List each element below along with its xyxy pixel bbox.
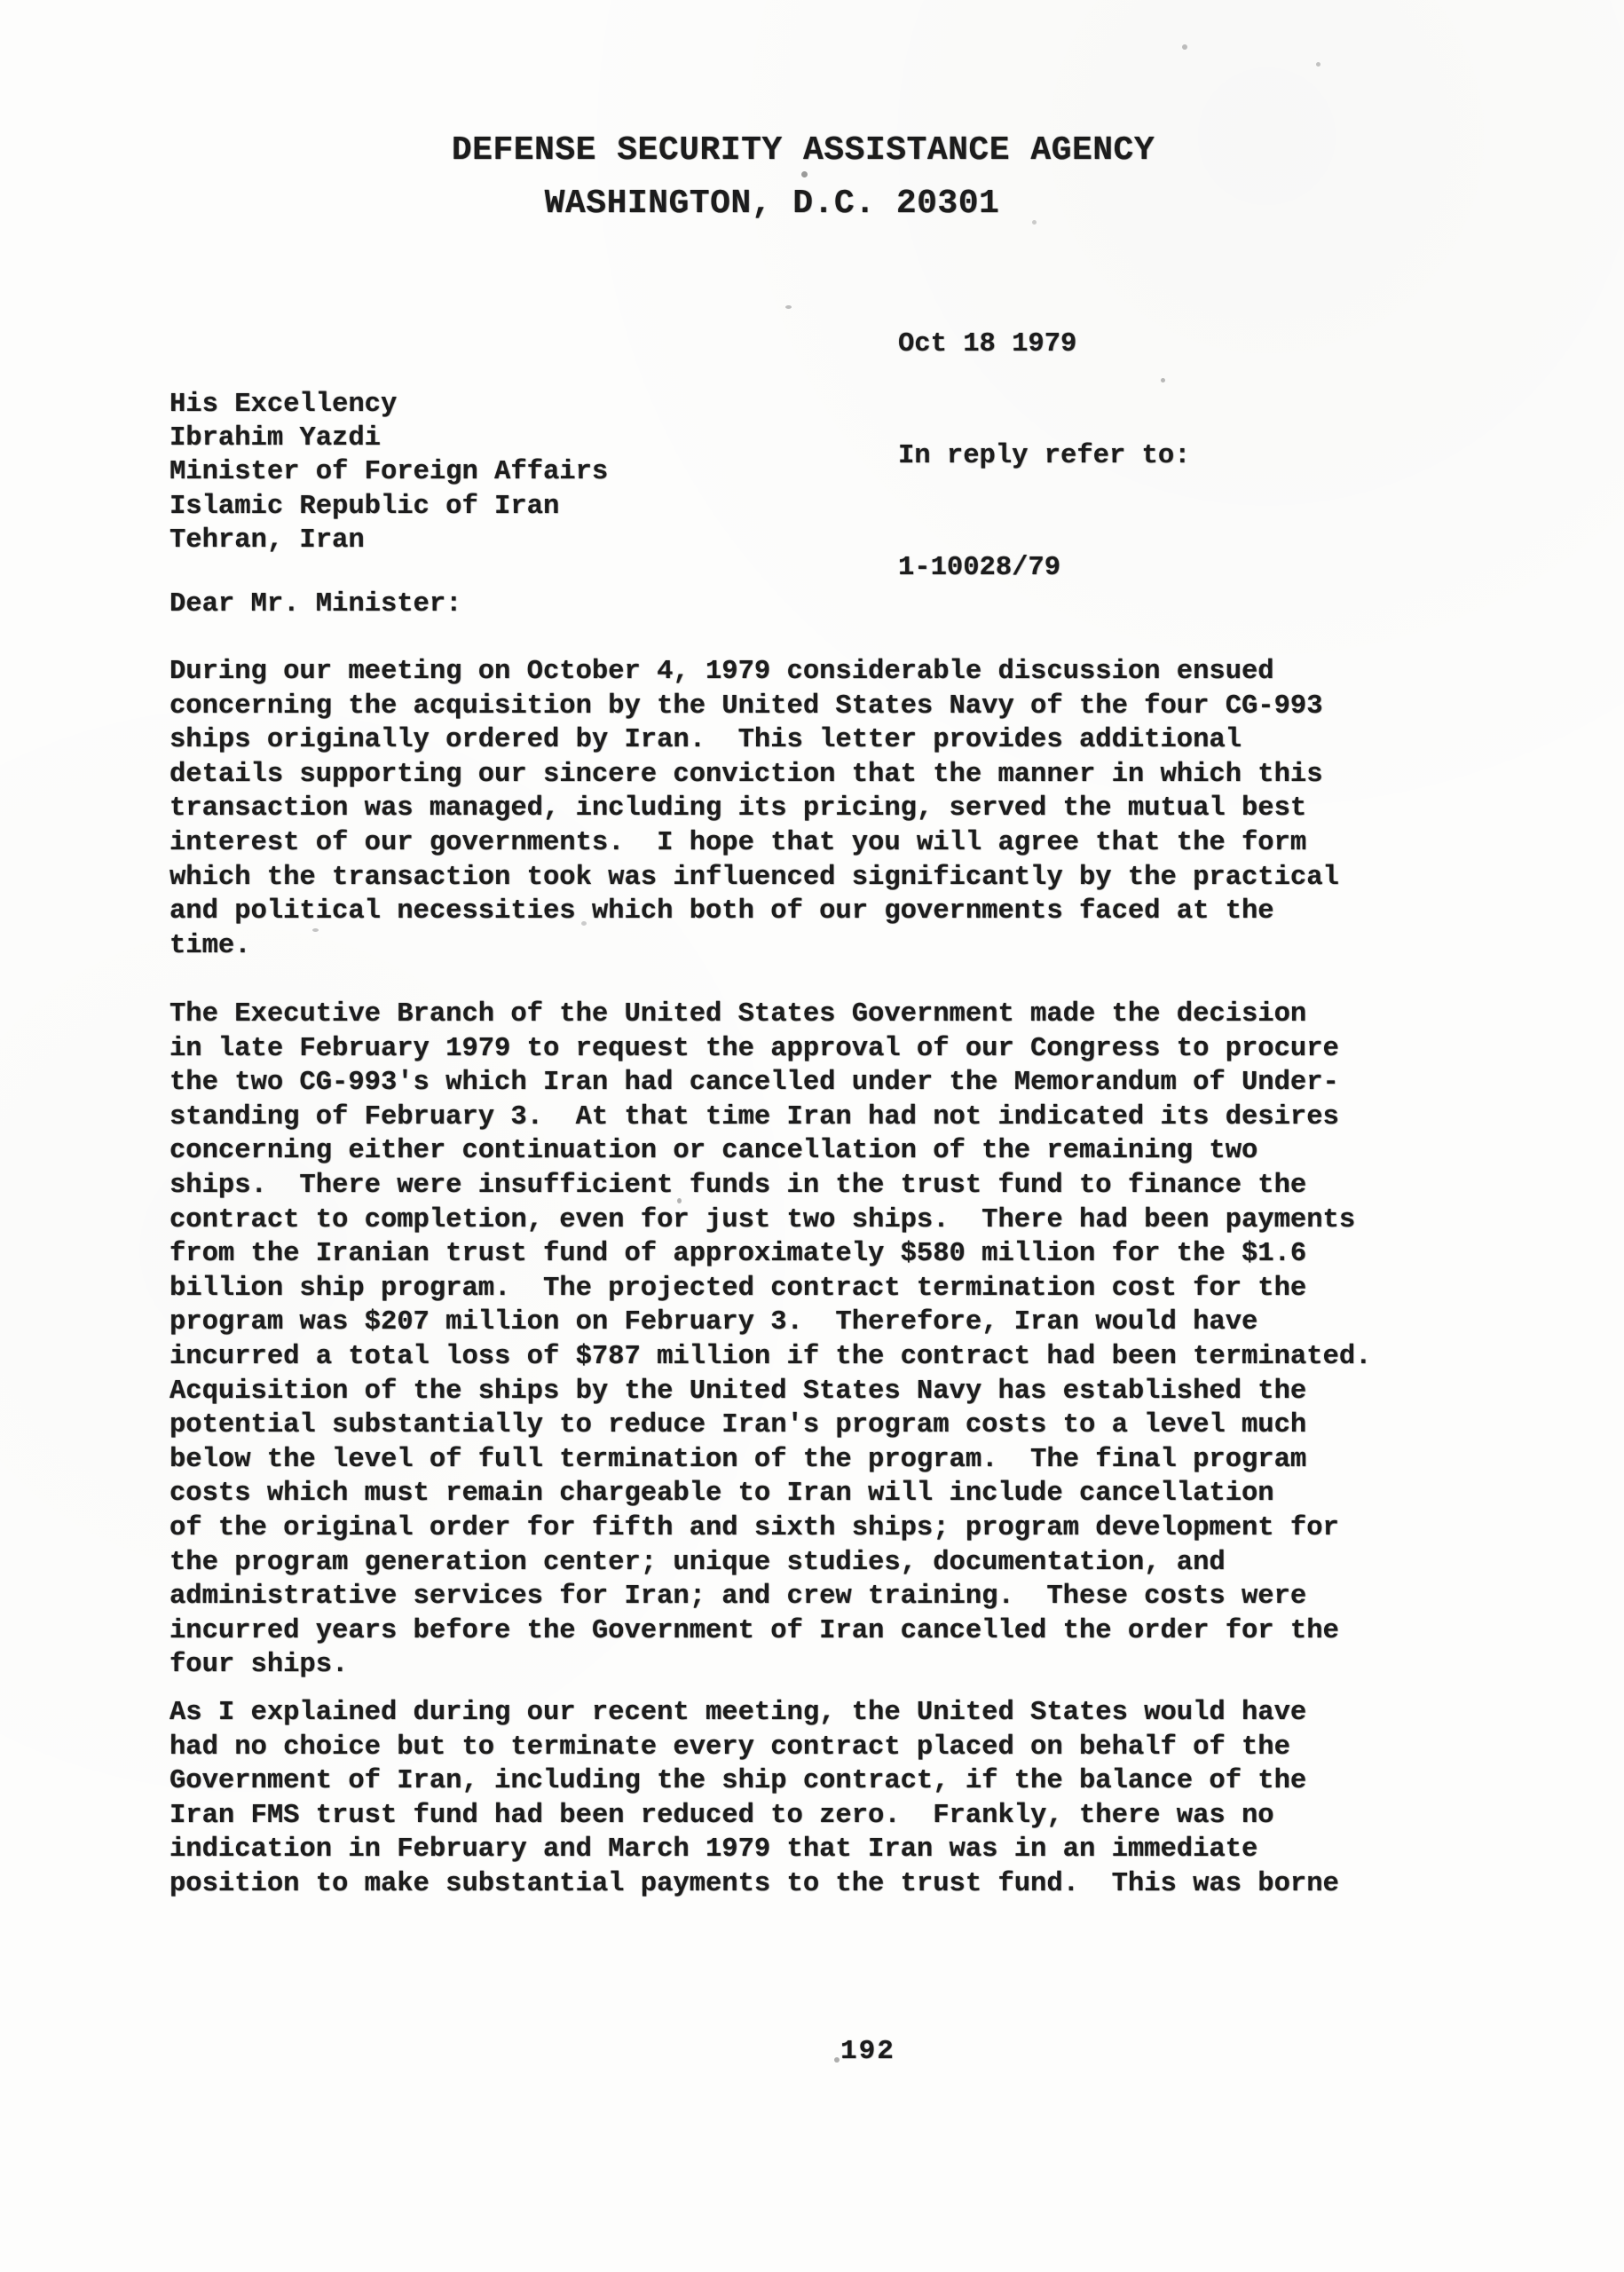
scan-speck <box>581 921 587 926</box>
page-number: 192 <box>840 2036 895 2067</box>
letter-date: Oct 18 1979 <box>898 326 1190 363</box>
scan-speck <box>1182 44 1187 50</box>
scan-speck <box>1032 220 1037 225</box>
scan-speck <box>677 1198 682 1203</box>
letterhead-agency: DEFENSE SECURITY ASSISTANCE AGENCY <box>0 131 1615 170</box>
scan-speck <box>785 305 792 309</box>
salutation: Dear Mr. Minister: <box>169 589 461 619</box>
letter-page: DEFENSE SECURITY ASSISTANCE AGENCY WASHI… <box>0 0 1624 2272</box>
scan-speck <box>834 2057 840 2063</box>
reply-refer-number: 1-10028/79 <box>898 549 1190 587</box>
scan-speck <box>1316 62 1320 67</box>
reply-refer-label: In reply refer to: <box>898 438 1190 475</box>
body-paragraph-2: The Executive Branch of the United State… <box>169 998 1371 1683</box>
reference-block: Oct 18 1979 In reply refer to: 1-10028/7… <box>898 251 1190 661</box>
scan-speck <box>801 171 808 177</box>
scan-speck <box>1161 378 1165 383</box>
scan-speck <box>312 928 319 932</box>
body-paragraph-3: As I explained during our recent meeting… <box>169 1696 1339 1902</box>
recipient-address: His Excellency Ibrahim Yazdi Minister of… <box>169 388 608 557</box>
body-paragraph-1: During our meeting on October 4, 1979 co… <box>169 655 1339 963</box>
letterhead-address: WASHINGTON, D.C. 20301 <box>0 185 1584 223</box>
